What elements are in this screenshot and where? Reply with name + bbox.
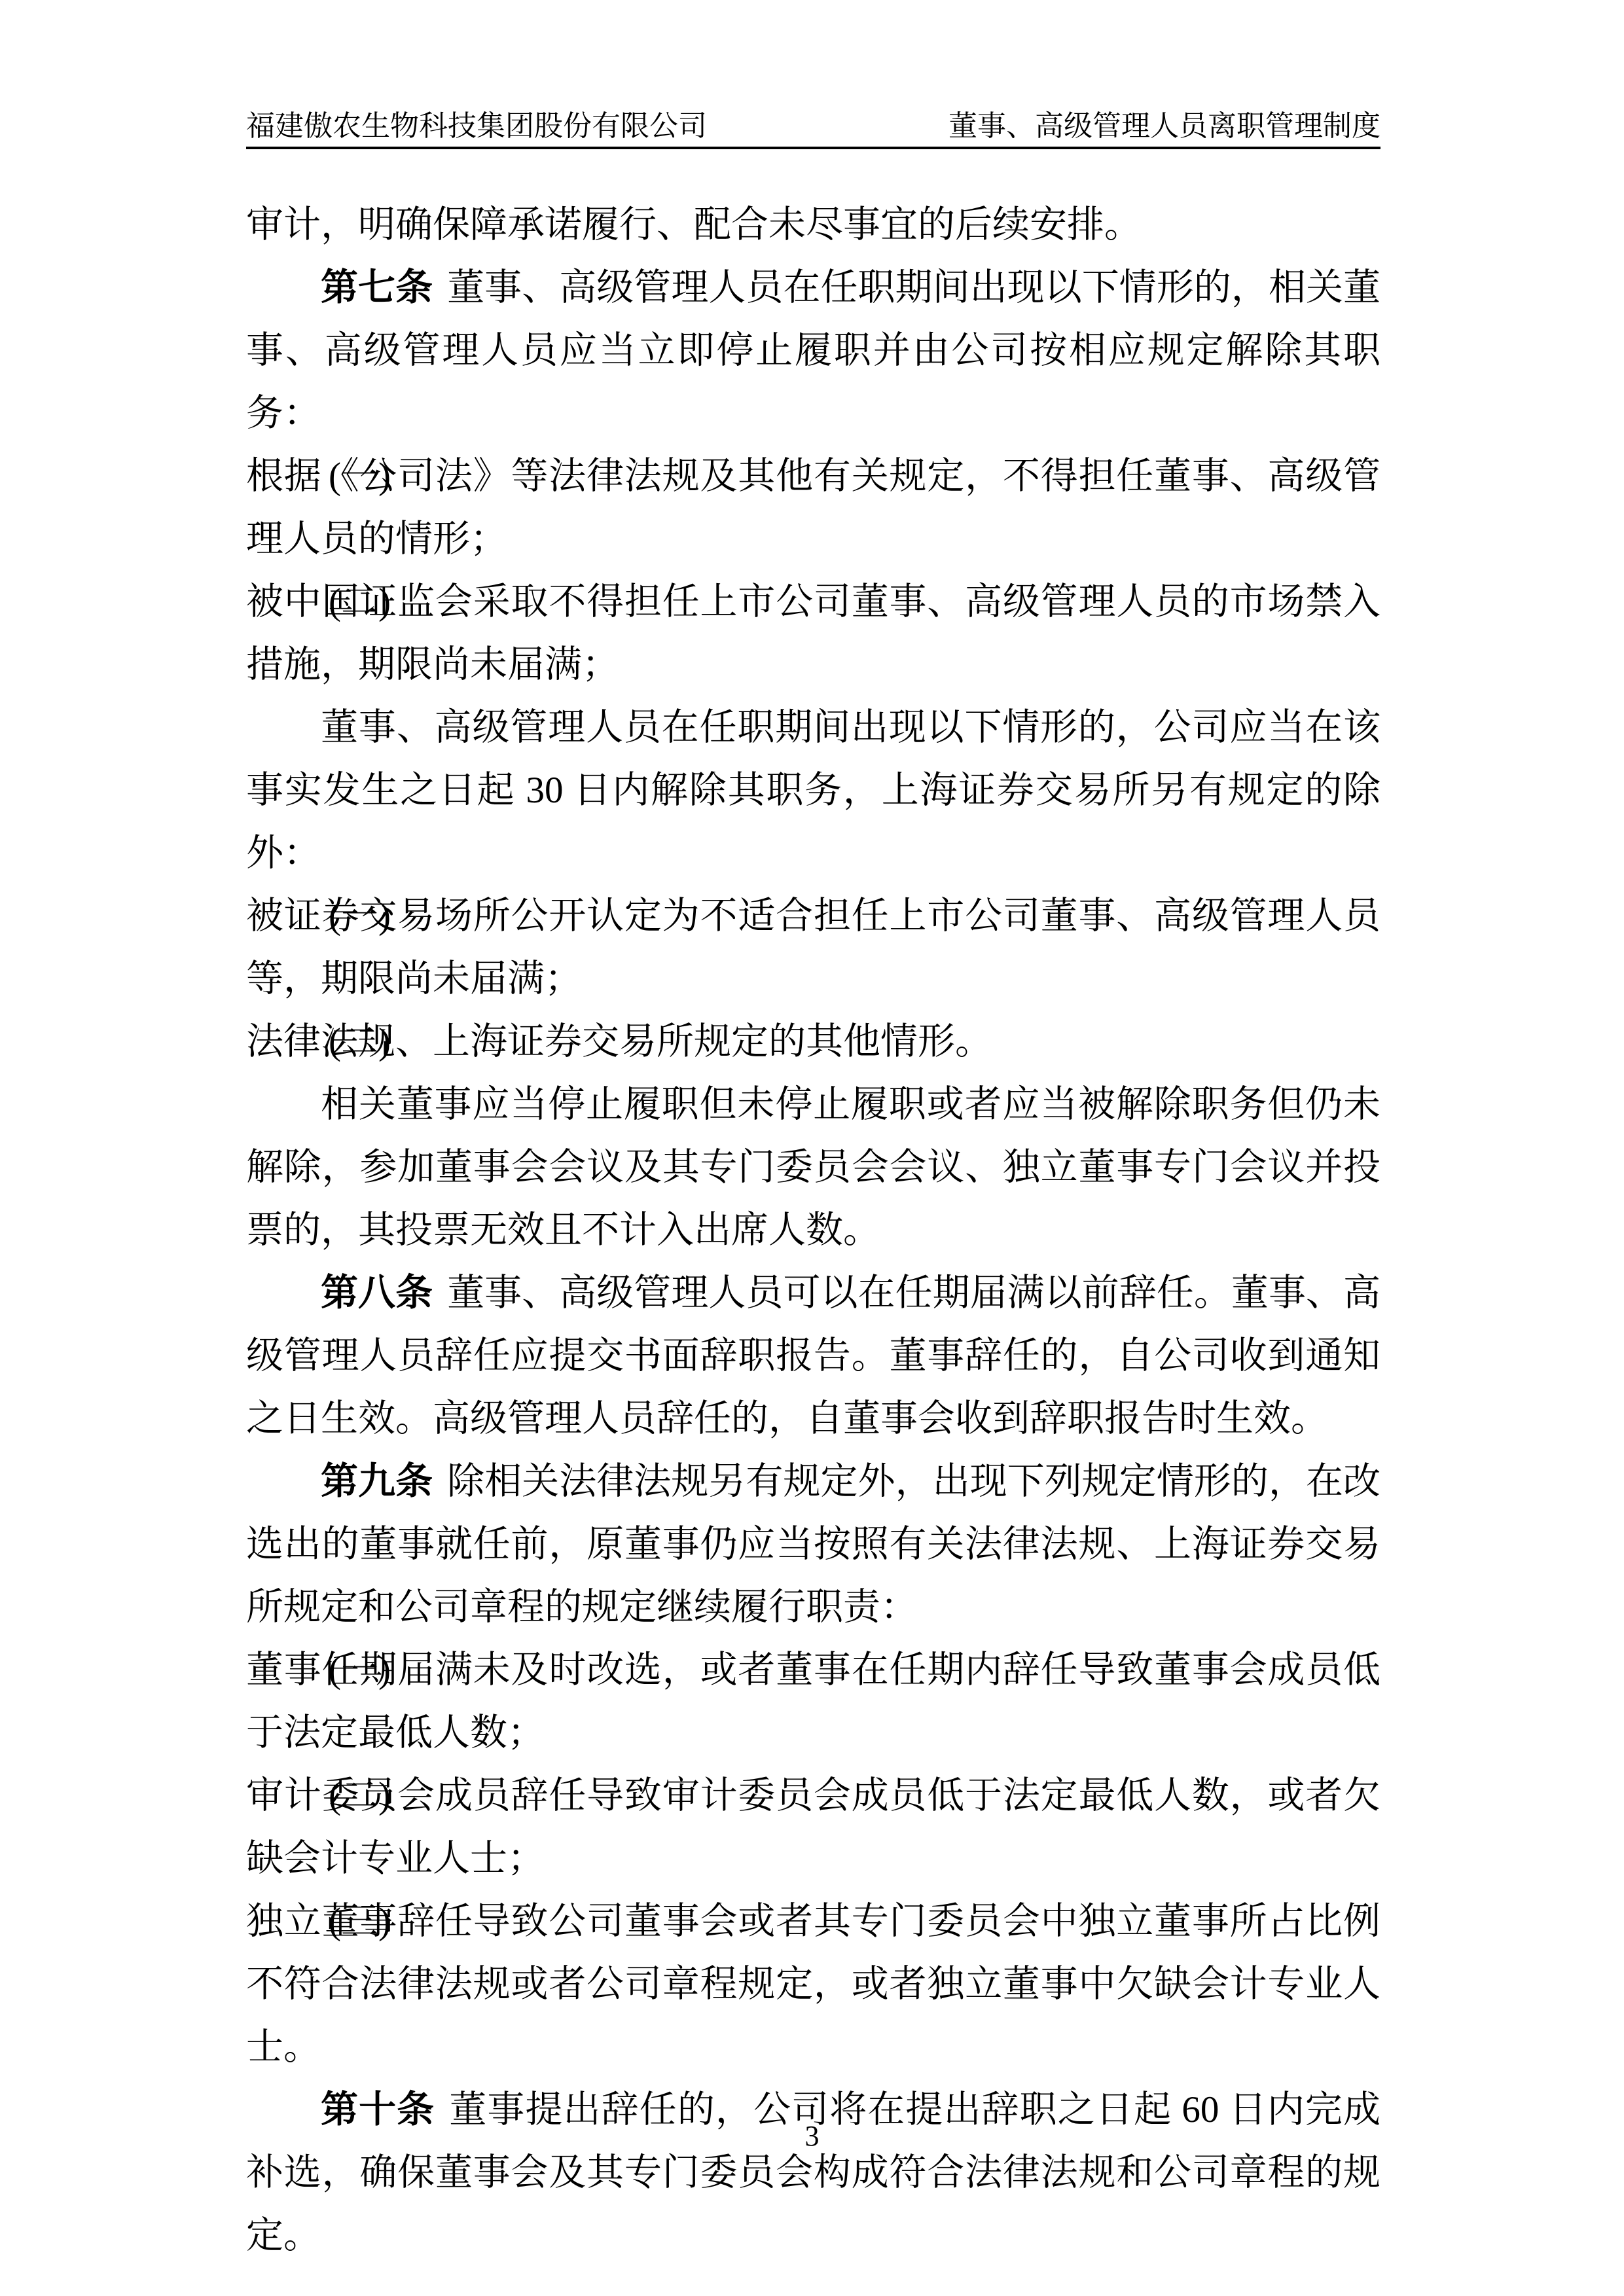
paragraph-article-7: 第七条董事、高级管理人员在任职期间出现以下情形的，相关董事、高级管理人员应当立即…	[246, 257, 1380, 445]
paragraph-text: 相关董事应当停止履职但未停止履职或者应当被解除职务但仍未解除，参加董事会会议及其…	[246, 1084, 1380, 1251]
list-item-number: (三)	[329, 1890, 391, 1953]
list-item-text: 根据《公司法》等法律法规及其他有关规定，不得担任董事、高级管理人员的情形；	[246, 456, 1380, 560]
paragraph-voting-invalid: 相关董事应当停止履职但未停止履职或者应当被解除职务但仍未解除，参加董事会会议及其…	[246, 1073, 1380, 1262]
page-number: 3	[805, 2120, 820, 2152]
list-item-number: (二)	[329, 1011, 391, 1073]
document-body: 审计，明确保障承诺履行、配合未尽事宜的后续安排。 第七条董事、高级管理人员在任职…	[246, 194, 1380, 2267]
page-footer: 3	[0, 2119, 1624, 2153]
paragraph-article-10: 第十条董事提出辞任的，公司将在提出辞职之日起 60 日内完成补选，确保董事会及其…	[246, 2079, 1380, 2267]
list-item: (三)独立董事辞任导致公司董事会或者其专门委员会中独立董事所占比例不符合法律法规…	[246, 1890, 1380, 2079]
list-item-number: (二)	[329, 1765, 391, 1827]
list-item-text: 董事任期届满未及时改选，或者董事在任期内辞任导致董事会成员低于法定最低人数；	[246, 1649, 1380, 1753]
list-item-text: 独立董事辞任导致公司董事会或者其专门委员会中独立董事所占比例不符合法律法规或者公…	[246, 1901, 1380, 2068]
list-item: (二)审计委员会成员辞任导致审计委员会成员低于法定最低人数，或者欠缺会计专业人士…	[246, 1765, 1380, 1890]
article-7-label: 第七条	[321, 267, 433, 308]
list-item-number: (二)	[329, 571, 391, 634]
list-item: (一)根据《公司法》等法律法规及其他有关规定，不得担任董事、高级管理人员的情形；	[246, 445, 1380, 571]
paragraph-text: 董事、高级管理人员在任职期间出现以下情形的，公司应当在该事实发生之日起 30 日…	[246, 707, 1380, 874]
paragraph-article-9: 第九条除相关法律法规另有规定外，出现下列规定情形的，在改选出的董事就任前，原董事…	[246, 1450, 1380, 1639]
paragraph-30-days: 董事、高级管理人员在任职期间出现以下情形的，公司应当在该事实发生之日起 30 日…	[246, 696, 1380, 885]
page-header: 福建傲农生物科技集团股份有限公司 董事、高级管理人员离职管理制度	[246, 109, 1380, 149]
list-item-text: 被中国证监会采取不得担任上市公司董事、高级管理人员的市场禁入措施，期限尚未届满；	[246, 581, 1380, 685]
header-doc-title: 董事、高级管理人员离职管理制度	[948, 109, 1380, 144]
article-8-label: 第八条	[321, 1272, 433, 1314]
list-item-number: (一)	[329, 1639, 391, 1702]
paragraph-article-8: 第八条董事、高级管理人员可以在任期届满以前辞任。董事、高级管理人员辞任应提交书面…	[246, 1262, 1380, 1450]
list-item: (一)被证券交易场所公开认定为不适合担任上市公司董事、高级管理人员等，期限尚未届…	[246, 885, 1380, 1011]
article-9-label: 第九条	[321, 1461, 433, 1502]
document-page: 福建傲农生物科技集团股份有限公司 董事、高级管理人员离职管理制度 审计，明确保障…	[0, 0, 1624, 2296]
list-item: (一)董事任期届满未及时改选，或者董事在任期内辞任导致董事会成员低于法定最低人数…	[246, 1639, 1380, 1765]
list-item: (二)被中国证监会采取不得担任上市公司董事、高级管理人员的市场禁入措施，期限尚未…	[246, 571, 1380, 696]
header-company-name: 福建傲农生物科技集团股份有限公司	[246, 109, 707, 144]
list-item: (二)法律法规、上海证券交易所规定的其他情形。	[246, 1011, 1380, 1073]
list-item-number: (一)	[329, 445, 391, 508]
paragraph-continuation: 审计，明确保障承诺履行、配合未尽事宜的后续安排。	[246, 194, 1380, 257]
list-item-text: 审计委员会成员辞任导致审计委员会成员低于法定最低人数，或者欠缺会计专业人士；	[246, 1775, 1380, 1879]
list-item-number: (一)	[329, 885, 391, 948]
paragraph-text: 审计，明确保障承诺履行、配合未尽事宜的后续安排。	[246, 204, 1142, 245]
list-item-text: 被证券交易场所公开认定为不适合担任上市公司董事、高级管理人员等，期限尚未届满；	[246, 895, 1380, 999]
